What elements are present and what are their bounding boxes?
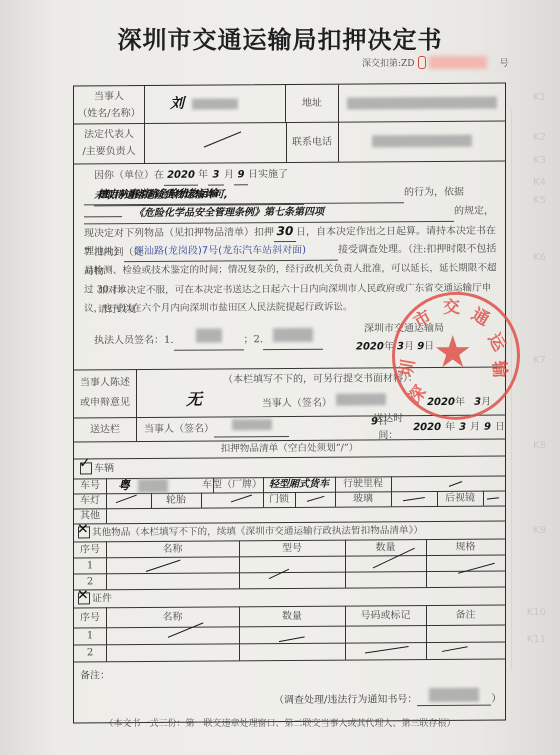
seal-char: 通 (468, 300, 495, 330)
table-cell (426, 641, 505, 659)
margin-label: K6 (533, 252, 546, 263)
table-row: 2 (74, 641, 505, 662)
seal-char: 圳 (392, 357, 420, 378)
redacted-address (347, 96, 497, 109)
text: 的行为，依据 (404, 187, 464, 198)
document-paper: K1 K2 K3 K4 K5 K6 K7 K8 K9 K10 K11 深圳市交通… (0, 0, 560, 755)
label-text: 或申辩意见 (80, 393, 130, 413)
signer-label: 当事人（签名） (262, 398, 332, 409)
tires-label: 轮胎 (151, 493, 202, 508)
delivery-day: 9 (484, 418, 491, 435)
officer-label: 执法人员签名：1. (94, 335, 174, 347)
notice-number: （调查处理/违法行为通知书号：） (274, 688, 501, 708)
phone-label: 联系电话 (286, 122, 339, 162)
redacted-plate (138, 478, 168, 492)
margin-label: K1 (533, 92, 546, 103)
address-label: 地址 (286, 85, 339, 122)
label-text: 当事人 (94, 88, 124, 105)
label-text: 法定代表人 (84, 126, 134, 143)
document-title: 深圳市交通运输局扣押决定书 (0, 20, 560, 55)
margin-label: K3 (533, 155, 546, 166)
legal-rep-row: 法定代表人 /主要负责人 联系电话 (74, 120, 505, 164)
col-header: 名称 (106, 540, 240, 557)
seal-char: 运 (483, 327, 513, 354)
doorlock-value (295, 492, 336, 507)
row-number: 2 (74, 644, 107, 661)
other-goods-checkbox[interactable]: ✕ (78, 526, 90, 538)
violation-month: 3 (208, 165, 224, 185)
blank-slash (487, 497, 499, 500)
row-number: 1 (74, 557, 107, 573)
sign-year: 2020 (356, 341, 384, 352)
margin-label: K5 (533, 195, 546, 206)
notice-value (417, 688, 491, 707)
signer-label: 当事人（签名） (144, 420, 214, 437)
star-icon: ★ (433, 331, 472, 375)
cross-mark-icon: ✕ (77, 587, 89, 604)
blank-slash (449, 481, 463, 487)
col-header: 数量 (239, 606, 346, 627)
red-mark-icon (418, 56, 426, 69)
table-cell (345, 625, 427, 643)
seal-char: 输 (488, 359, 514, 378)
blank-slash (279, 636, 305, 642)
certificates-checkbox[interactable]: ✕ (78, 592, 90, 604)
redacted-signature (196, 328, 222, 342)
margin-label: K4 (533, 177, 546, 188)
table-cell (106, 572, 240, 589)
doc-number-suffix: 号 (500, 56, 509, 69)
col-header: 号码或标记 (345, 605, 427, 626)
blank-slash (442, 646, 468, 652)
table-cell (106, 626, 240, 644)
mirror-value (483, 490, 505, 505)
text: 理地址） (84, 246, 124, 257)
delivery-signature (214, 419, 290, 438)
mirror-label: 后视镜 (437, 491, 484, 506)
vehicle-label: 车辆 (94, 460, 114, 477)
officer-1-signature (174, 328, 244, 350)
handwritten-name: 刘 (170, 96, 184, 113)
blank-slash (365, 646, 409, 654)
glass-label: 玻璃 (335, 491, 392, 506)
plate-label: 车号 (74, 478, 107, 493)
text: 日 (495, 418, 505, 435)
col-header: 规格 (426, 538, 505, 555)
notice-label: （调查处理/违法行为通知书号： (274, 694, 417, 706)
table-cell (239, 626, 346, 644)
delivery-label: 送达栏 (74, 417, 137, 441)
phone-value (338, 120, 505, 161)
tires-value (201, 492, 264, 507)
text: 年 (198, 170, 208, 181)
lights-value (106, 493, 152, 508)
text: ；2. (244, 334, 264, 345)
plate-value: 粤 (106, 478, 214, 494)
table-cell (106, 643, 240, 661)
text: 年 (445, 418, 455, 435)
doc-number-prefix: 深交扣第:ZD (362, 56, 415, 69)
legal-rep-label: 法定代表人 /主要负责人 (74, 123, 145, 163)
cross-mark-icon: ✕ (77, 521, 89, 538)
statement-label: 当事人陈述 或申辩意见 (74, 369, 137, 417)
row-number: 1 (74, 627, 107, 644)
blank-slash (307, 496, 325, 502)
seal-char: 交 (443, 293, 460, 318)
remarks-label: 备注： (80, 666, 110, 681)
redacted-signature (336, 393, 386, 405)
table-cell (106, 556, 240, 573)
other-goods-label: 其他物品（本栏填写不下的，续填《深圳市交通运输行政执法暂扣物品清单》） (92, 522, 423, 541)
text: 因你（单位）在 (94, 170, 164, 181)
label-text: （姓名/名称） (77, 105, 140, 122)
blank-slash (116, 495, 137, 504)
col-header: 序号 (74, 541, 107, 557)
col-header: 名称 (106, 606, 240, 627)
col-header: 型号 (239, 540, 346, 557)
col-header: 备注 (426, 604, 505, 625)
party-name-label: 当事人 （姓名/名称） (74, 86, 145, 123)
table-cell (345, 642, 427, 660)
margin-label: K10 (527, 607, 546, 618)
officer-2-signature (263, 328, 323, 350)
text: 的规定， (454, 206, 494, 217)
margin-label: K2 (533, 132, 546, 143)
vehicle-checkbox[interactable]: ✓ (80, 462, 92, 474)
violation-day: 9 (234, 165, 248, 185)
text: 现决定对下列物品（见扣押物品清单）扣押 (84, 227, 274, 239)
redacted-notice (429, 688, 479, 702)
table-cell (426, 624, 505, 642)
table-cell (239, 572, 346, 589)
blank-slash (146, 560, 181, 572)
model-label: 车型（厂牌） (201, 477, 264, 492)
checkmark-icon: ✓ (79, 455, 91, 472)
plate-handwritten: 粤 (118, 477, 130, 494)
label-text: 当事人陈述 (80, 373, 130, 393)
legal-rep-value (144, 122, 287, 163)
delivery-month: 3 (459, 418, 466, 435)
redacted-name (192, 98, 238, 109)
mileage-label: 行驶里程 (335, 476, 392, 491)
underlying-page-column (511, 110, 552, 670)
violation-year: 2020 (164, 166, 198, 186)
blank-slash (403, 497, 425, 501)
glass-value (391, 491, 438, 506)
lights-label: 车灯 (74, 493, 107, 508)
blank-slash (231, 494, 252, 502)
table-cell (345, 555, 427, 572)
certificates-label: 证件 (92, 590, 112, 607)
table-cell (345, 571, 427, 588)
official-seal: 市 交 通 运 输 圳 深 ★ (392, 291, 520, 420)
text: 月 (470, 418, 480, 435)
address-value (338, 83, 505, 121)
margin-label: K8 (533, 440, 546, 451)
margin-label: K9 (533, 525, 546, 536)
redacted-signature (232, 419, 272, 430)
party-name-value: 刘 (144, 85, 286, 123)
detain-days: 30 (274, 222, 296, 242)
document-footer: （本文书一式三份：第一联交违章处理窗口、第二联交当事人或其代理人、第三联存根） (0, 716, 560, 729)
decision-form: 当事人 （姓名/名称） 刘 地址 法定代表人 /主要负责人 联系电话 (73, 82, 506, 723)
party-row: 当事人 （姓名/名称） 刘 地址 (74, 83, 505, 124)
table-cell (426, 570, 505, 587)
text: ） (491, 694, 501, 705)
col-header: 序号 (74, 607, 107, 627)
margin-label: K11 (527, 634, 546, 645)
redacted-signature (273, 328, 313, 342)
table-cell (239, 643, 346, 661)
redacted-number (429, 56, 487, 69)
document-number: 深交扣第:ZD 号 (362, 56, 509, 69)
text: 月 (224, 169, 234, 180)
table-cell (239, 556, 346, 573)
vehicle-checkbox-wrap: ✓ 车辆 (80, 458, 114, 478)
statement-text: 无 (186, 391, 202, 408)
redacted-phone (372, 135, 472, 148)
margin-label: K7 (533, 355, 546, 366)
label-text: /主要负责人 (82, 143, 135, 160)
model-value: 轻型厢式货车 (263, 477, 336, 493)
text: 日实施了 (248, 169, 288, 180)
blank-slash (204, 131, 242, 147)
doorlock-label: 门锁 (263, 492, 296, 507)
delivery-year: 2020 (413, 418, 441, 435)
